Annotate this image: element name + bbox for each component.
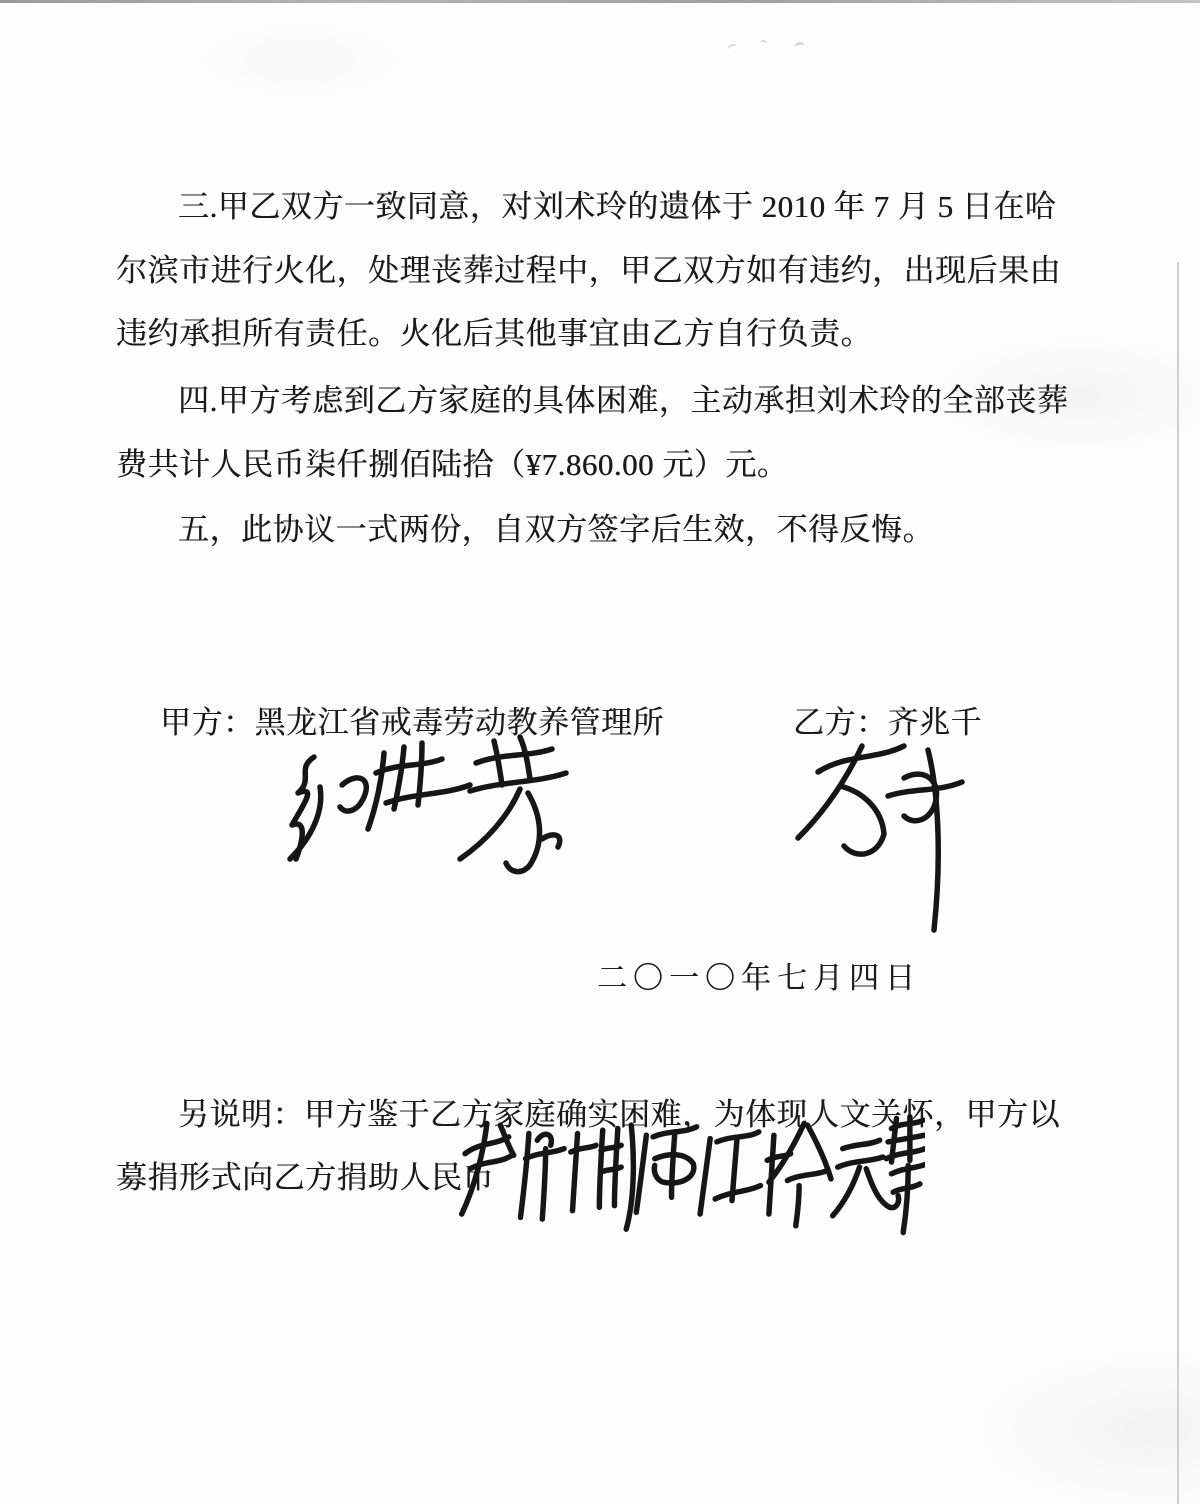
clause-four-line-2: 费共计人民币柒仟捌佰陆拾（¥7.860.00 元）元。 [116,439,788,484]
scan-right-edge-line [1177,262,1179,1504]
agreement-date: 二〇一〇年七月四日 [597,953,921,997]
clause-three-line-3: 违约承担所有责任。火化后其他事宜由乙方自行负责。 [116,308,872,353]
clause-three-line-2: 尔滨市进行火化，处理丧葬过程中，甲乙双方如有违约，出现后果由 [116,245,1061,290]
party-b-label: 乙方：齐兆千 [793,697,982,742]
scan-noise-mark [759,39,767,47]
note-line-2: 募捐形式向乙方捐助人民币 [116,1152,494,1197]
scan-top-edge-line [0,0,1200,3]
clause-four-line-1: 四.甲方考虑到乙方家庭的具体困难，主动承担刘术玲的全部丧葬 [178,375,1068,420]
clause-three-line-1: 三.甲乙双方一致同意，对刘术玲的遗体于 2010 年 7 月 5 日在哈 [178,181,1056,226]
party-b-signature-handwriting [780,738,985,943]
handwritten-donation-amount [455,1103,925,1253]
party-a-signature-handwriting [280,735,590,900]
scanned-agreement-page: 三.甲乙双方一致同意，对刘术玲的遗体于 2010 年 7 月 5 日在哈 尔滨市… [0,0,1200,1504]
clause-five-line-1: 五，此协议一式两份，自双方签字后生效，不得反悔。 [178,504,934,549]
scan-noise-mark [795,42,806,52]
scan-noise-mark [727,43,738,53]
